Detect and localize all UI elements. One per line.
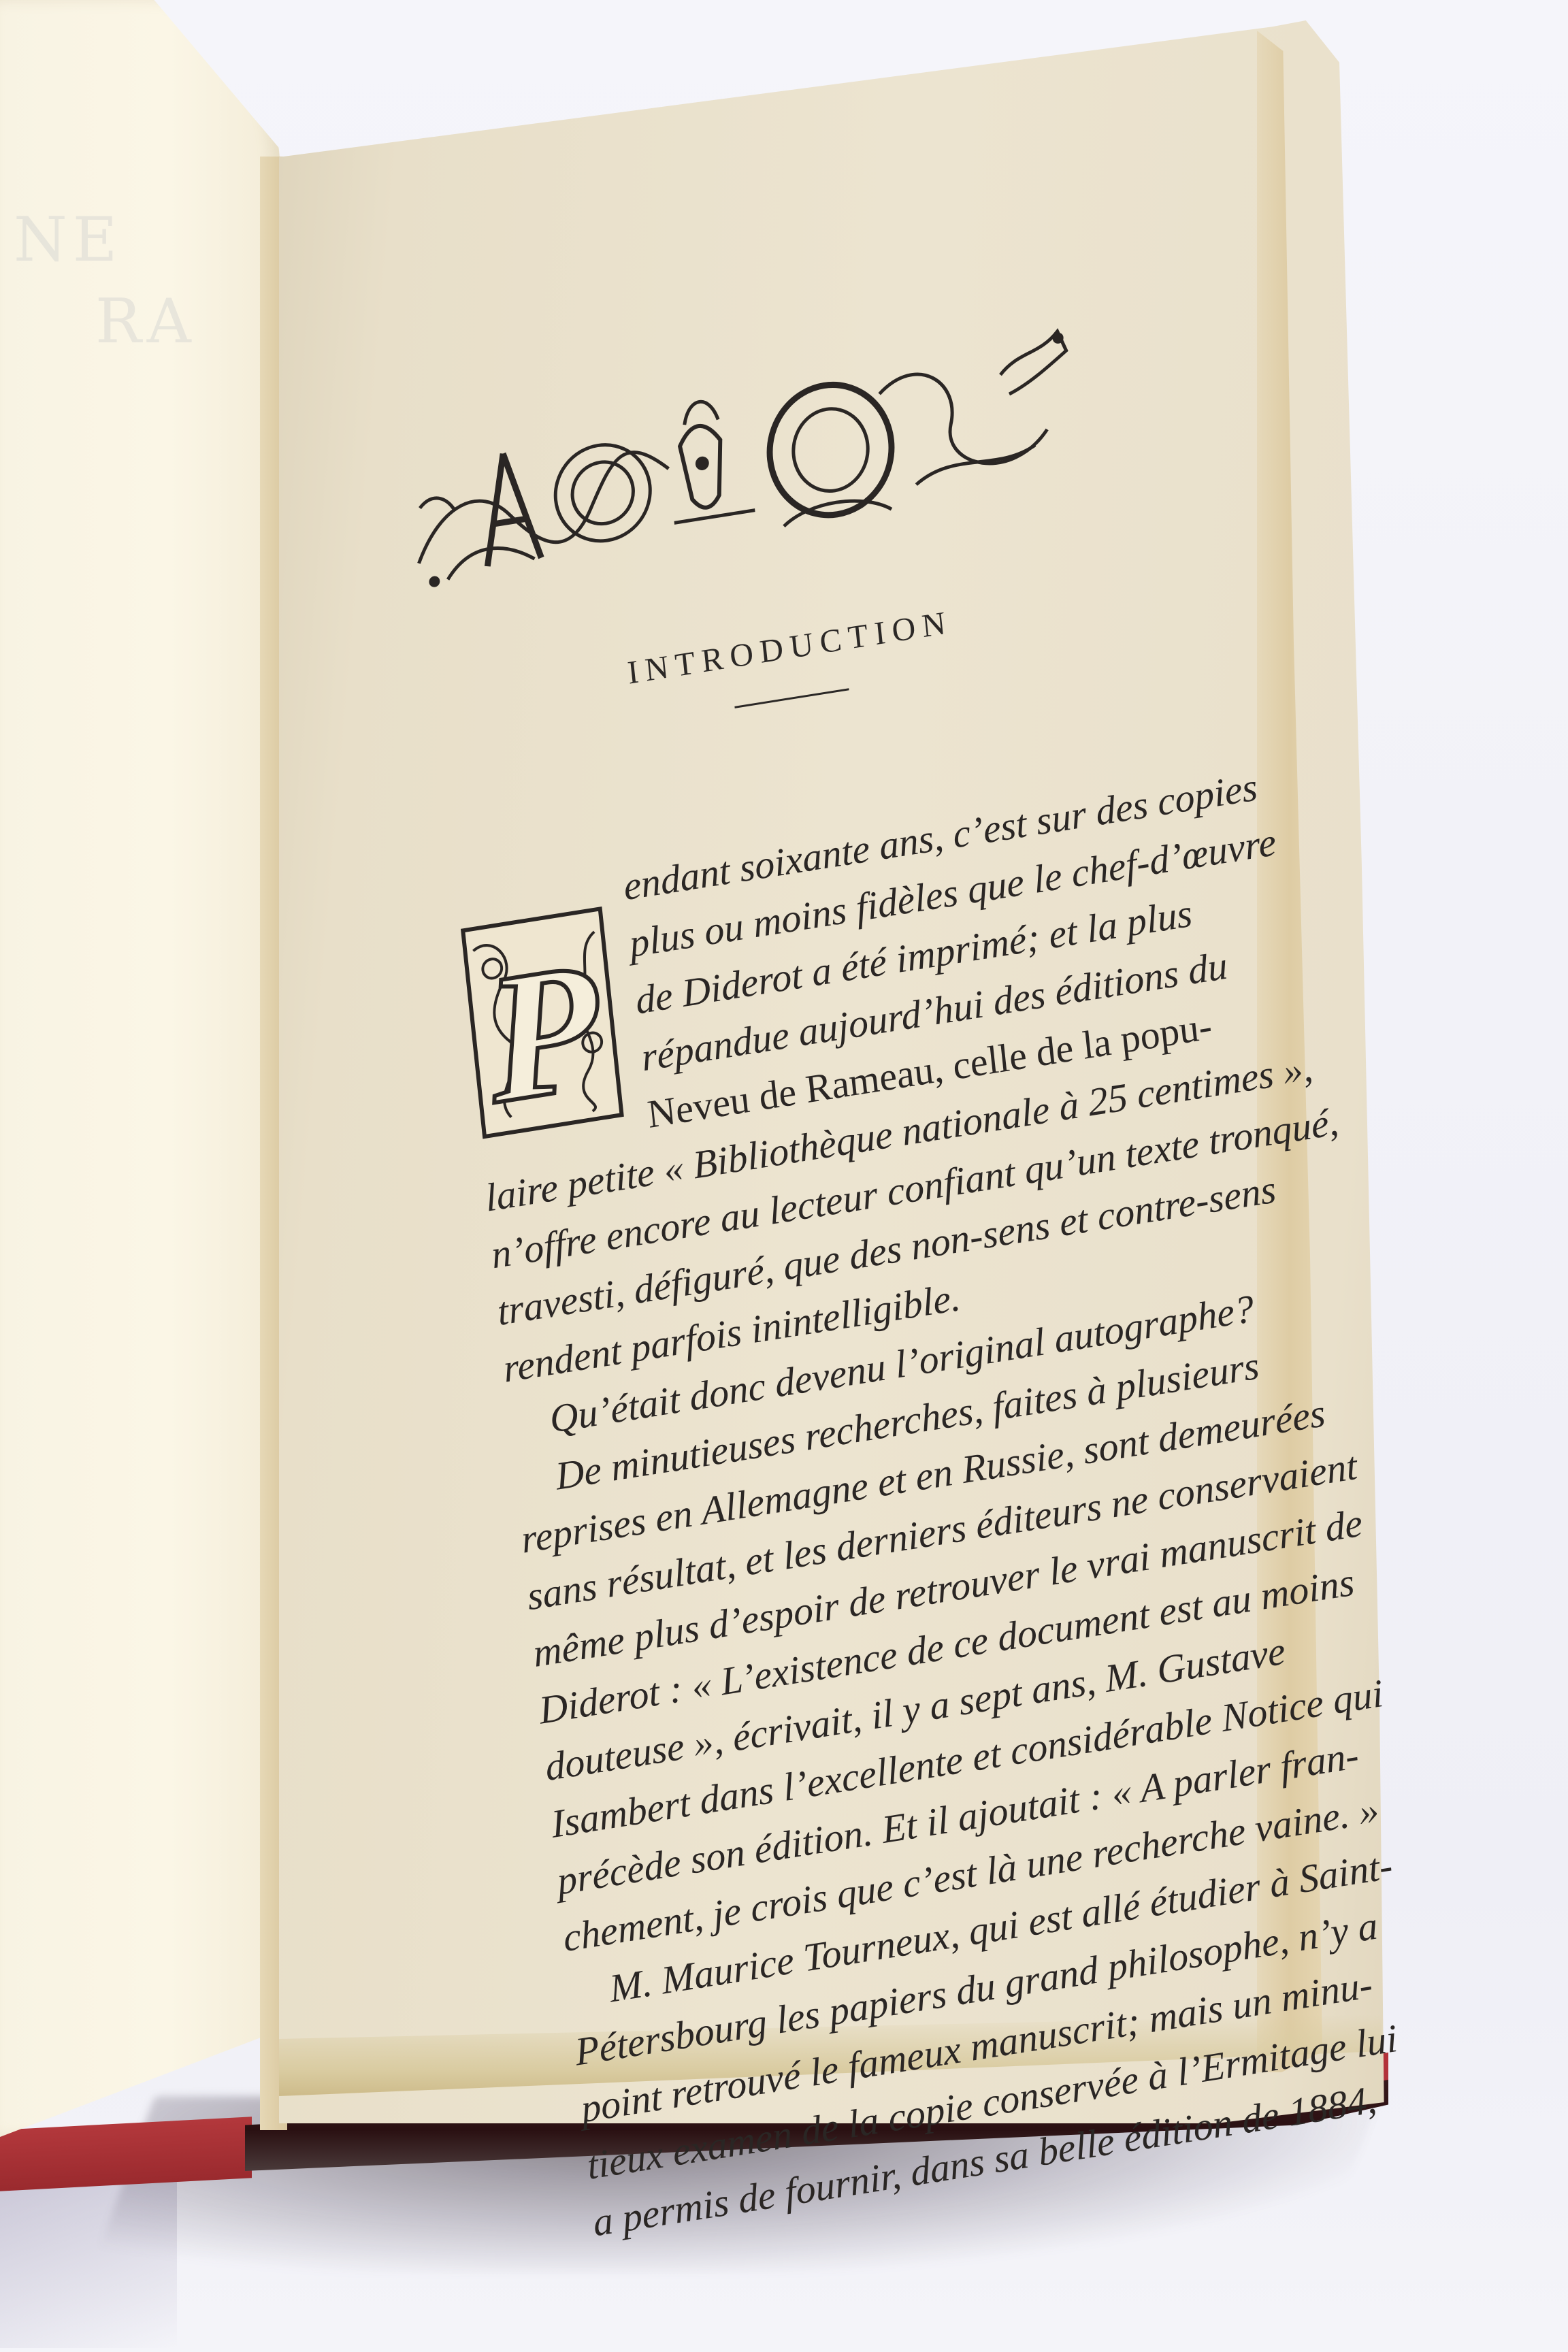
show-through-text: RA <box>95 286 197 357</box>
drop-cap-ornament-icon: P <box>457 902 627 1143</box>
show-through-text: NE <box>14 204 122 276</box>
body-text: P endant soixante ans, c’est sur des cop… <box>453 779 1269 2251</box>
book-photo: NE RA <box>0 0 1568 2352</box>
left-page: NE RA <box>0 0 280 2137</box>
drop-cap-letter: P <box>474 922 612 1143</box>
